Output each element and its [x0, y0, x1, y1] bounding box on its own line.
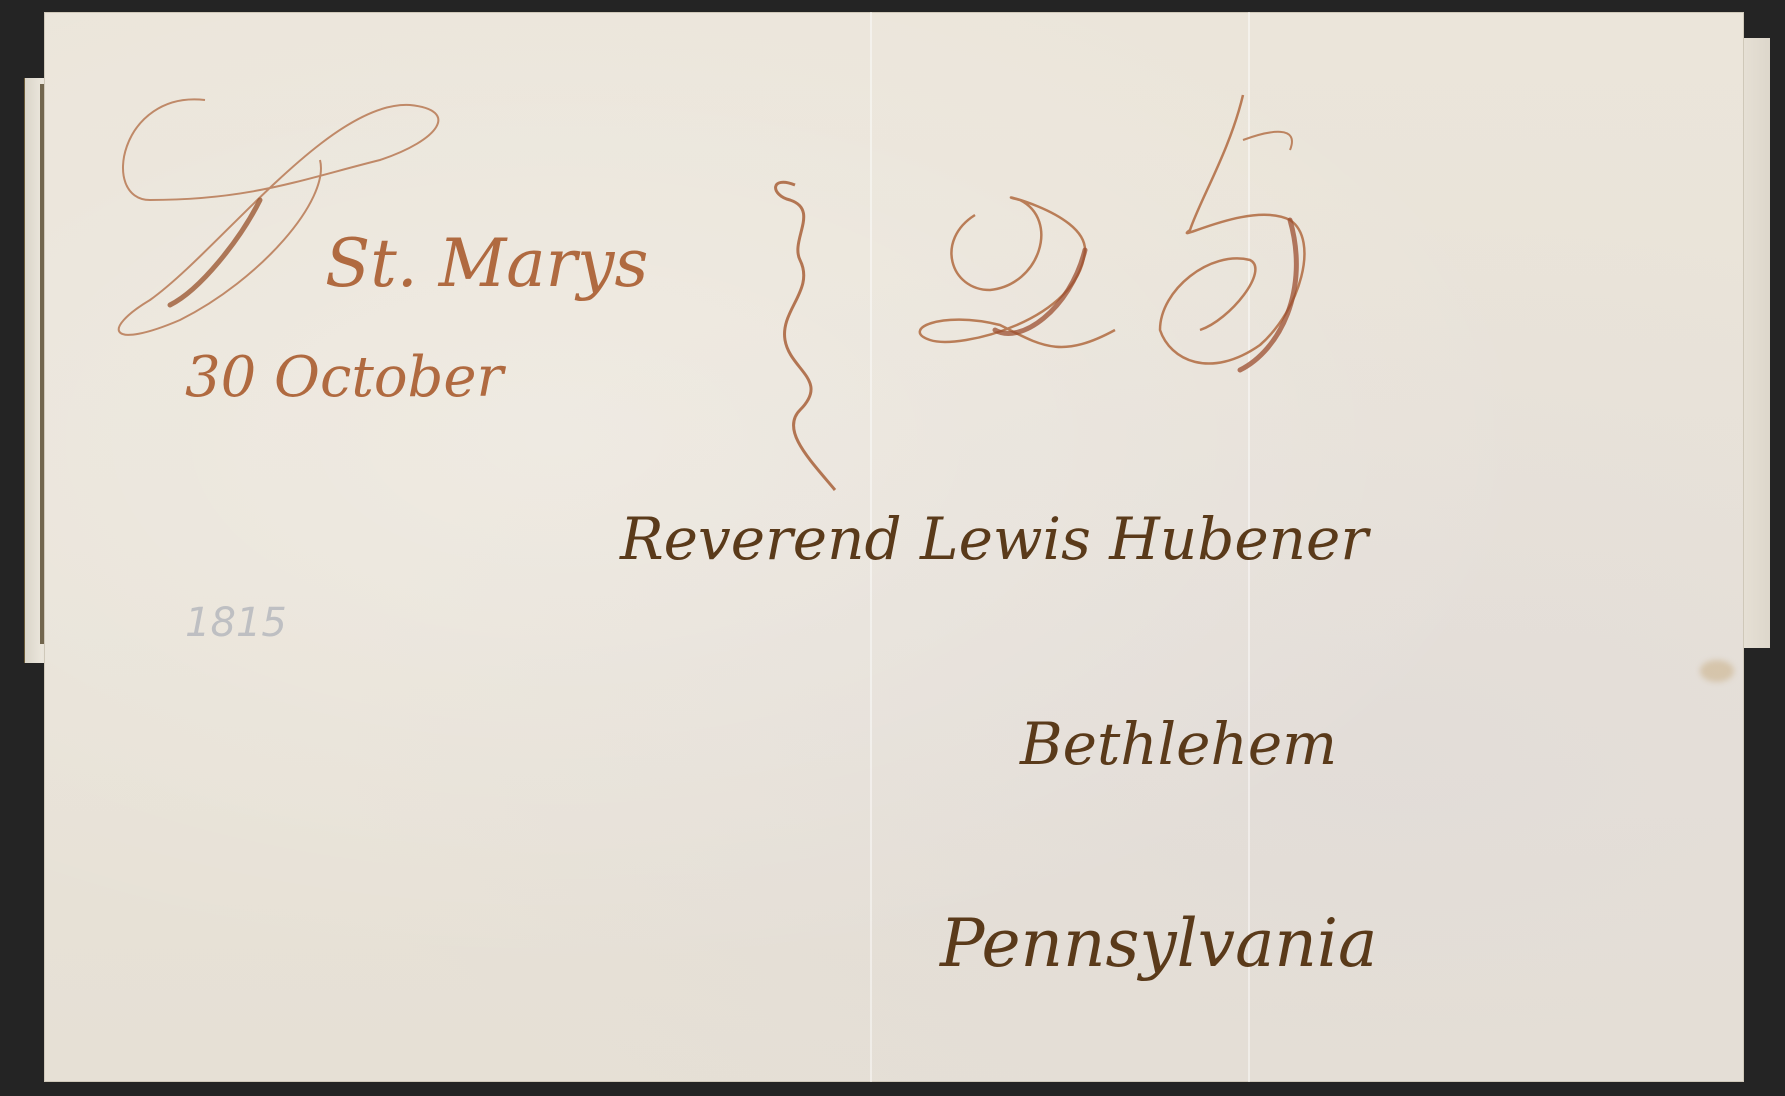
address-state: Pennsylvania — [940, 905, 1377, 982]
postmark-date: 30 October — [185, 345, 503, 410]
cover-image: St. Marys 30 October 25 Reverend Lewis H… — [0, 0, 1785, 1096]
address-addressee: Reverend Lewis Hubener — [620, 505, 1368, 573]
pencil-docket-note: 1815 — [185, 600, 287, 646]
address-city: Bethlehem — [1020, 710, 1337, 778]
postmark-town: St. Marys — [325, 225, 648, 302]
